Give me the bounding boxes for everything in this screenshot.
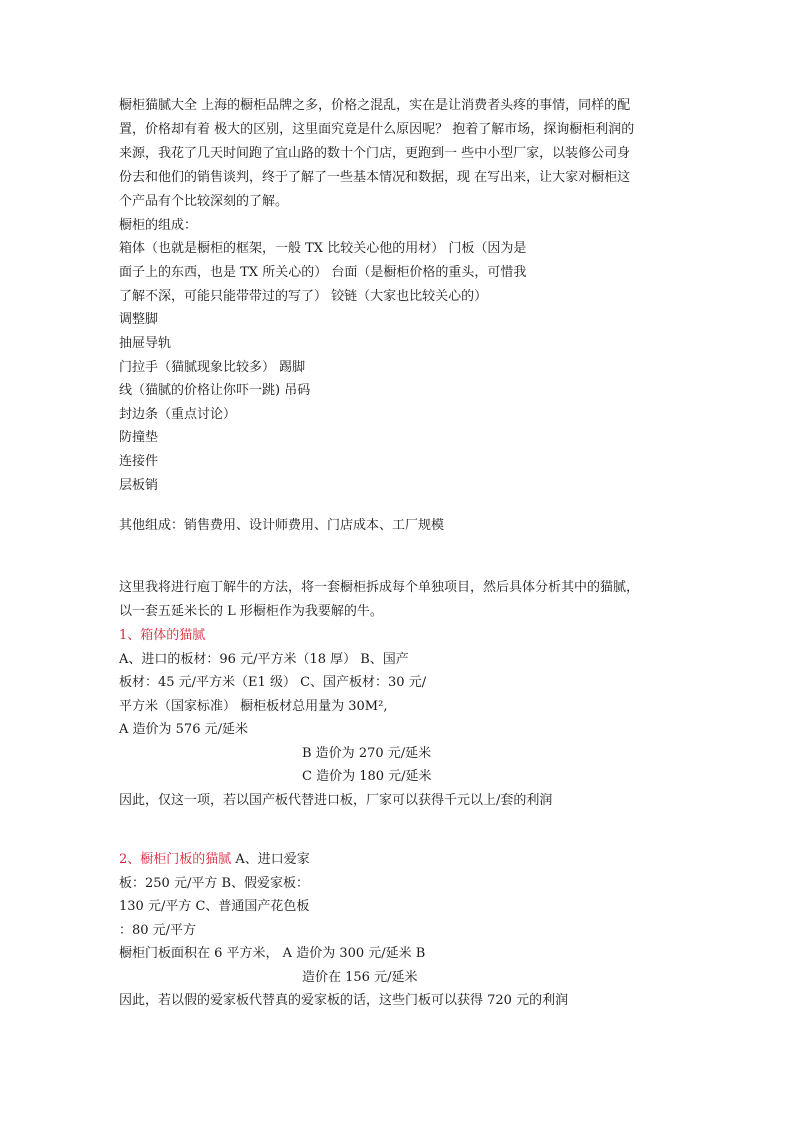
composition-line: 防撞垫 — [119, 430, 158, 446]
section2-line: 橱柜门板面积在 6 平方米， A 造价为 300 元/延米 B — [119, 946, 425, 962]
section2-title: 2、橱柜门板的猫腻 — [119, 852, 231, 867]
section2-title-line: 2、橱柜门板的猫腻 A、进口爱家 — [119, 852, 310, 868]
intro-line: 个产品有个比较深刻的了解。 — [119, 194, 288, 210]
section2-title-tail: A、进口爱家 — [231, 852, 310, 867]
section1-centered: C 造价为 180 元/延米 — [302, 769, 432, 785]
composition-line: 封边条（重点讨论） — [119, 407, 236, 423]
section1-line: 板材：45 元/平方米（E1 级） C、国产板材：30 元/ — [119, 675, 426, 691]
section1-centered: B 造价为 270 元/延米 — [302, 746, 431, 762]
composition-line: 层板销 — [119, 478, 158, 494]
section2-line: 板：250 元/平方 B、假爱家板： — [119, 876, 309, 892]
section2-centered: 造价在 156 元/延米 — [302, 970, 417, 986]
composition-line: 面子上的东西，也是 TX 所关心的） 台面（是橱柜价格的重头，可惜我 — [119, 265, 526, 281]
composition-line: 箱体（也就是橱柜的框架，一般 TX 比较关心他的用材） 门板（因为是 — [119, 241, 526, 257]
method-line: 这里我将进行庖丁解牛的方法，将一套橱柜拆成每个单独项目，然后具体分析其中的猫腻， — [119, 580, 639, 596]
composition-line: 门拉手（猫腻现象比较多） 踢脚 — [119, 360, 305, 376]
section1-line: A 造价为 576 元/延米 — [119, 722, 248, 738]
intro-line: 来源，我花了几天时间跑了宜山路的数十个门店，更跑到一 些中小型厂家，以装修公司身 — [119, 146, 630, 162]
method-line: 以一套五延米长的 L 形橱柜作为我要解的牛。 — [119, 604, 383, 620]
section1-line: A、进口的板材：96 元/平方米（18 厚） B、国产 — [119, 652, 409, 668]
section1-title: 1、箱体的猫腻 — [119, 628, 205, 644]
composition-line: 线（猫腻的价格让你吓一跳) 吊码 — [119, 383, 310, 399]
intro-line: 份去和他们的销售谈判，终于了解了一些基本情况和数据，现 在写出来，让大家对橱柜这 — [119, 170, 630, 186]
section2-line: 130 元/平方 C、普通国产花色板 — [119, 899, 309, 915]
composition-line: 抽屉导轨 — [119, 336, 171, 352]
composition-line: 连接件 — [119, 454, 158, 470]
section2-conclusion: 因此，若以假的爱家板代替真的爱家板的话，这些门板可以获得 720 元的利润 — [119, 993, 568, 1009]
section2-line: ：80 元/平方 — [119, 923, 196, 939]
composition-heading: 橱柜的组成： — [119, 218, 197, 234]
section1-conclusion: 因此，仅这一项，若以国产板代替进口板，厂家可以获得千元以上/套的利润 — [119, 793, 552, 809]
section1-line: 平方米（国家标准） 橱柜板材总用量为 30M², — [119, 699, 387, 715]
other-composition: 其他组成：销售费用、设计师费用、门店成本、工厂规模 — [119, 518, 444, 534]
intro-line: 橱柜猫腻大全 上海的橱柜品牌之多，价格之混乱，实在是让消费者头疼的事情，同样的配 — [119, 98, 630, 114]
intro-line: 置，价格却有着 极大的区别，这里面究竟是什么原因呢？ 抱着了解市场，探询橱柜利润… — [119, 122, 634, 138]
composition-line: 了解不深，可能只能带带过的写了） 铰链（大家也比较关心的） — [119, 289, 487, 305]
composition-line: 调整脚 — [119, 312, 158, 328]
